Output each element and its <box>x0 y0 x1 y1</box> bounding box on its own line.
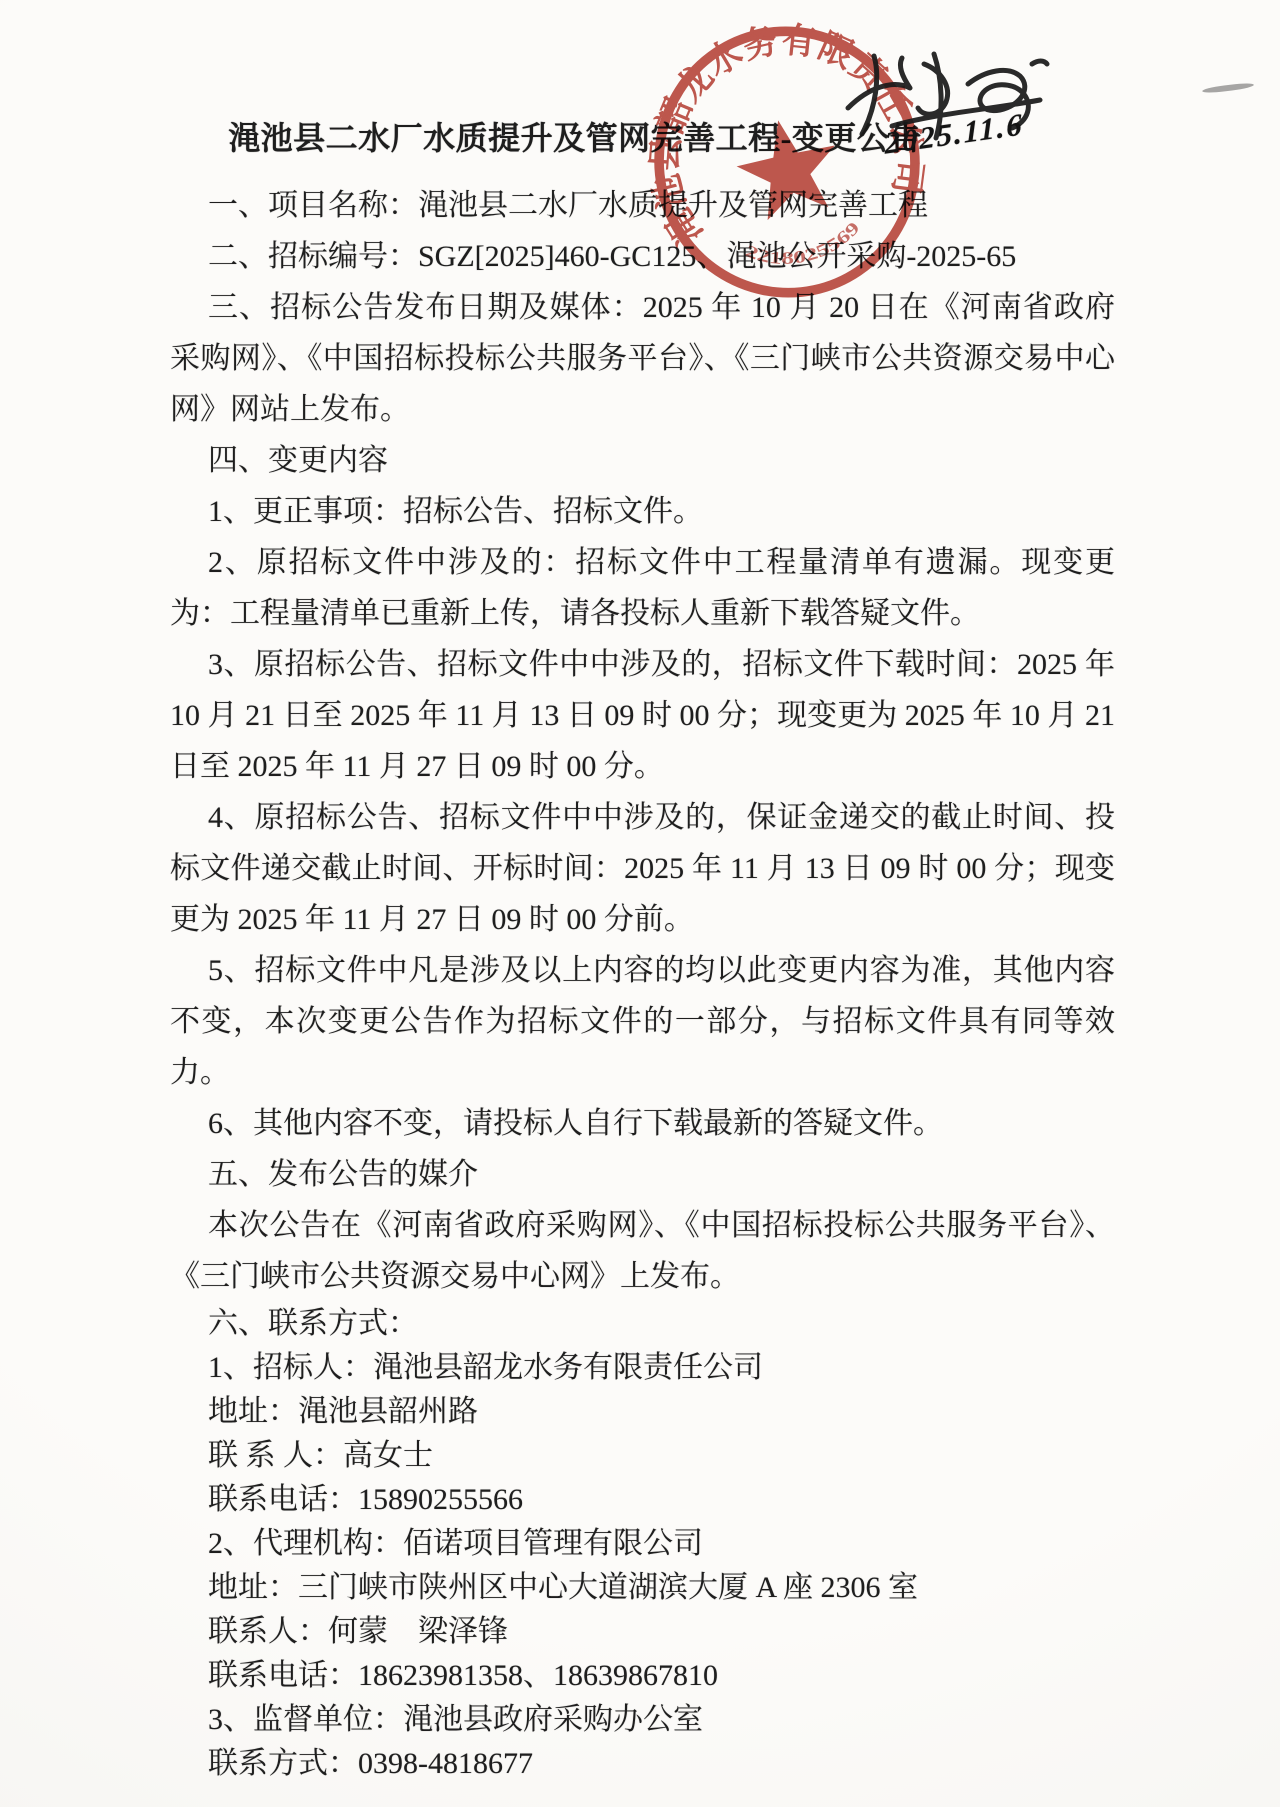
scanned-document-page: 渑池县二水厂水质提升及管网完善工程-变更公告 一、项目名称：渑池县二水厂水质提升… <box>0 0 1280 1807</box>
paragraph: 地址：渑池县韶州路 <box>170 1390 1115 1434</box>
document: 渑池县二水厂水质提升及管网完善工程-变更公告 一、项目名称：渑池县二水厂水质提升… <box>0 0 1280 1807</box>
paragraph: 2、代理机构：佰诺项目管理有限公司 <box>170 1522 1115 1566</box>
paragraph: 五、发布公告的媒介 <box>170 1149 1115 1200</box>
document-body: 一、项目名称：渑池县二水厂水质提升及管网完善工程二、招标编号：SGZ[2025]… <box>170 180 1115 1786</box>
paragraph: 联系电话：18623981358、18639867810 <box>170 1654 1115 1698</box>
paragraph: 1、招标人：渑池县韶龙水务有限责任公司 <box>170 1346 1115 1390</box>
paragraph: 二、招标编号：SGZ[2025]460-GC125、渑池公开采购-2025-65 <box>170 231 1115 282</box>
paragraph: 联系电话：15890255566 <box>170 1478 1115 1522</box>
paragraph: 3、监督单位：渑池县政府采购办公室 <box>170 1698 1115 1742</box>
paragraph: 联 系 人：高女士 <box>170 1434 1115 1478</box>
paragraph: 5、招标文件中凡是涉及以上内容的均以此变更内容为准，其他内容不变，本次变更公告作… <box>170 945 1115 1098</box>
paragraph: 地址：三门峡市陕州区中心大道湖滨大厦 A 座 2306 室 <box>170 1566 1115 1610</box>
paragraph: 本次公告在《河南省政府采购网》、《中国招标投标公共服务平台》、《三门峡市公共资源… <box>170 1200 1115 1302</box>
paragraph: 一、项目名称：渑池县二水厂水质提升及管网完善工程 <box>170 180 1115 231</box>
paragraph: 4、原招标公告、招标文件中中涉及的，保证金递交的截止时间、投标文件递交截止时间、… <box>170 792 1115 945</box>
paragraph: 联系方式：0398-4818677 <box>170 1742 1115 1786</box>
paragraph: 3、原招标公告、招标文件中中涉及的，招标文件下载时间：2025 年 10 月 2… <box>170 639 1115 792</box>
paragraph: 6、其他内容不变，请投标人自行下载最新的答疑文件。 <box>170 1098 1115 1149</box>
paragraph: 联系人：何蒙 梁泽锋 <box>170 1610 1115 1654</box>
paragraph: 四、变更内容 <box>170 435 1115 486</box>
paragraph: 三、招标公告发布日期及媒体：2025 年 10 月 20 日在《河南省政府采购网… <box>170 282 1115 435</box>
paragraph: 1、更正事项：招标公告、招标文件。 <box>170 486 1115 537</box>
paragraph: 六、联系方式： <box>170 1302 1115 1346</box>
page-title: 渑池县二水厂水质提升及管网完善工程-变更公告 <box>170 112 1115 164</box>
paragraph: 2、原招标文件中涉及的：招标文件中工程量清单有遗漏。现变更为：工程量清单已重新上… <box>170 537 1115 639</box>
